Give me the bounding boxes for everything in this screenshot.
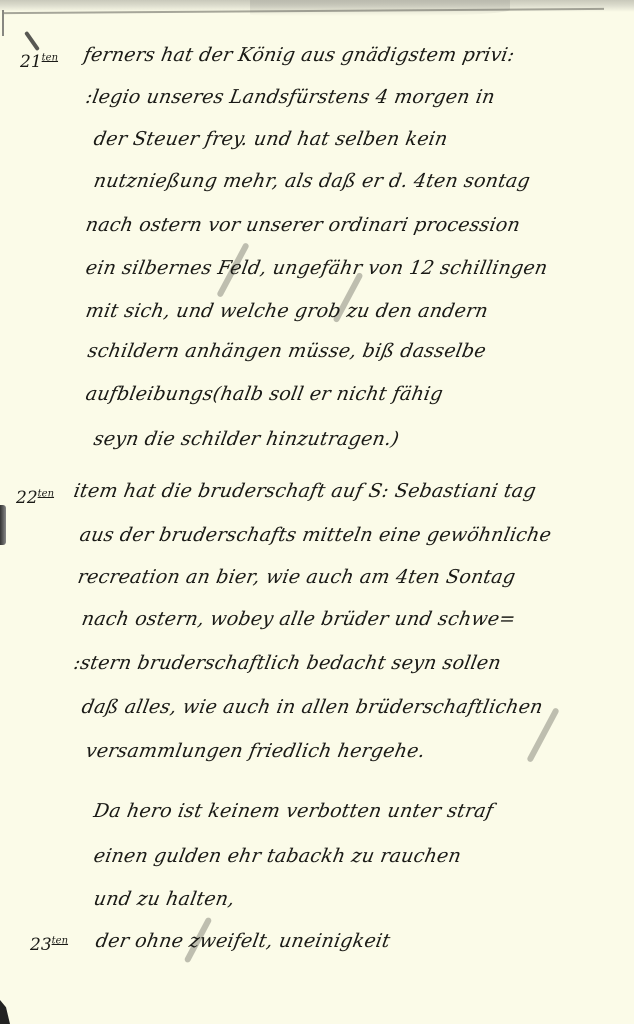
- date-suffix: ten: [52, 935, 68, 946]
- text-line: seyn die schilder hinzutragen.): [92, 428, 401, 450]
- text-line: mit sich, und welche grob zu den andern: [84, 300, 490, 322]
- text-line: daß alles, wie auch in allen brüderschaf…: [80, 696, 545, 718]
- text-line: aus der bruderschafts mitteln eine gewöh…: [78, 524, 553, 546]
- text-line: ferners hat der König aus gnädigstem pri…: [82, 44, 516, 66]
- text-line: item hat die bruderschaft auf S: Sebasti…: [72, 480, 538, 502]
- text-line: nutznießung mehr, als daß er d. 4ten son…: [92, 170, 532, 192]
- text-line: versammlungen friedlich hergehe.: [84, 740, 427, 762]
- text-line: und zu halten,: [92, 888, 236, 910]
- margin-date-22: 22ten: [16, 488, 54, 508]
- left-margin-bracket: [2, 10, 4, 36]
- ink-blot: [24, 31, 40, 51]
- text-line: einen gulden ehr tabackh zu rauchen: [92, 845, 463, 867]
- text-line: :stern bruderschaftlich bedacht seyn sol…: [72, 652, 503, 674]
- text-line: ein silbernes Feld, ungefähr von 12 schi…: [84, 257, 549, 279]
- date-number: 23: [30, 935, 52, 955]
- text-line: der Steuer frey. und hat selben kein: [92, 128, 450, 150]
- text-line: nach ostern, wobey alle brüder und schwe…: [80, 608, 517, 630]
- text-line: recreation an bier, wie auch am 4ten Son…: [76, 566, 517, 588]
- margin-date-23: 23ten: [30, 935, 68, 955]
- date-number: 21: [20, 52, 42, 72]
- text-line: der ohne zweifelt, uneinigkeit: [94, 930, 392, 952]
- text-line: schildern anhängen müsse, biß dasselbe: [86, 340, 488, 362]
- text-line: Da hero ist keinem verbotten unter straf: [92, 800, 495, 822]
- date-number: 22: [16, 488, 38, 508]
- date-suffix: ten: [38, 488, 54, 499]
- binding-mark: [0, 505, 6, 545]
- manuscript-page: 21ten ferners hat der König aus gnädigst…: [0, 0, 634, 1024]
- margin-date-21: 21ten: [20, 52, 58, 72]
- text-line: :legio unseres Landsfürstens 4 morgen in: [84, 86, 497, 108]
- text-line: aufbleibungs(halb soll er nicht fähig: [84, 383, 445, 405]
- text-line: nach ostern vor unserer ordinari process…: [84, 214, 522, 236]
- corner-mark: [0, 1000, 10, 1024]
- date-suffix: ten: [42, 52, 58, 63]
